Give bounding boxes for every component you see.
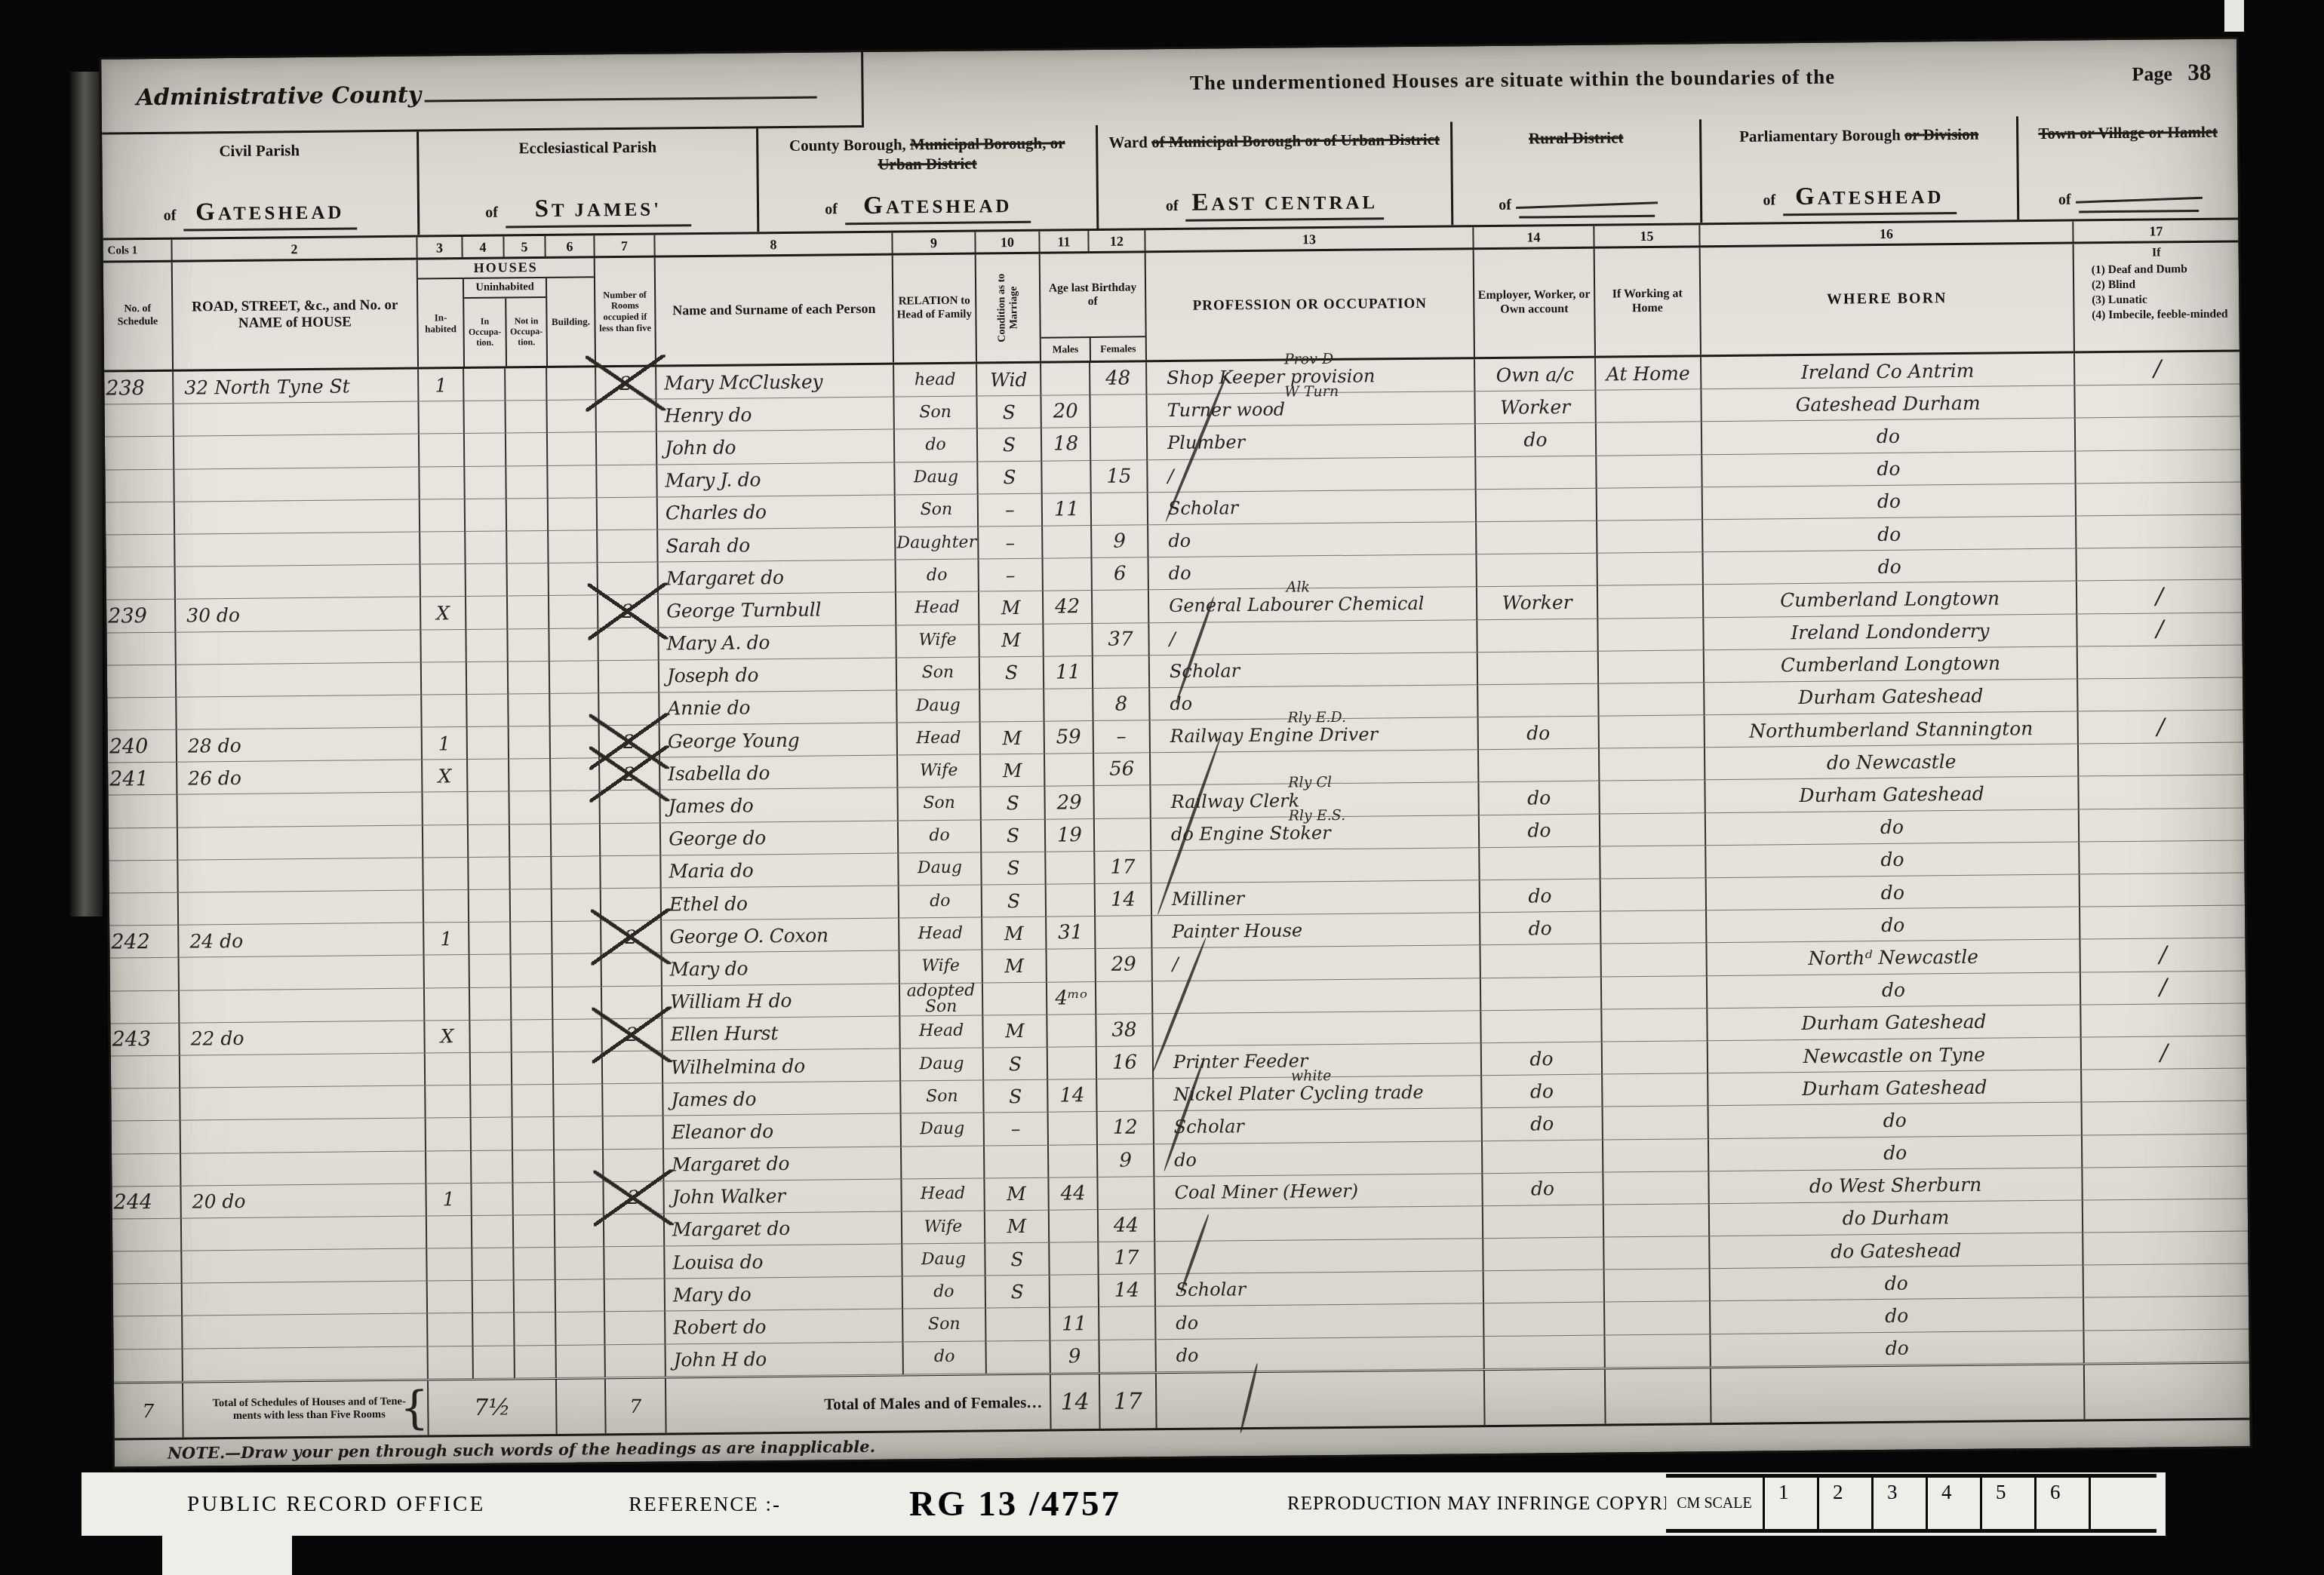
column-number: 4 <box>461 237 503 259</box>
cell-inhabited <box>421 792 466 825</box>
cell-building <box>555 1280 604 1313</box>
cell-occupation <box>1151 978 1480 1014</box>
cell-building <box>547 530 596 563</box>
cell-address <box>173 467 418 502</box>
cell-relation: adopted Son <box>899 983 982 1016</box>
infirmity-item: (1) Deaf and Dumb <box>2092 261 2228 278</box>
cell-age-male <box>1044 852 1093 885</box>
cell-age-female: 14 <box>1098 1275 1154 1308</box>
cell-condition: S <box>976 428 1041 462</box>
column-number: 6 <box>544 235 593 257</box>
header-rooms: Number of Rooms occupied if less than fi… <box>594 258 655 366</box>
cell-address <box>174 565 420 600</box>
cell-rooms <box>602 1149 662 1182</box>
cell-rooms <box>598 791 659 824</box>
occupation-annotation: Rly E.D. <box>1287 709 1346 726</box>
cell-uninhabited-not-in-occupation <box>507 694 549 727</box>
cell-uninhabited-not-in-occupation <box>506 628 548 662</box>
cell-relation: Wife <box>899 950 982 984</box>
header-females: Females <box>1090 337 1145 361</box>
cell-relation: Head <box>896 723 979 756</box>
cell-infirmity <box>2079 873 2245 907</box>
cell-address <box>175 695 420 729</box>
cell-employer <box>1482 1238 1603 1272</box>
cell-employer <box>1475 554 1596 588</box>
district-of-line: ofGateshead <box>759 189 1096 226</box>
column-number: 17 <box>2072 220 2238 242</box>
cell-working-at-home <box>1596 487 1701 521</box>
cell-working-at-home <box>1599 846 1705 880</box>
cell-working-at-home <box>1603 1269 1709 1303</box>
cell-uninhabited-not-in-occupation <box>509 889 551 923</box>
cell-uninhabited-in-occupation <box>464 531 506 564</box>
cell-employer: do <box>1477 717 1598 751</box>
cell-where-born: do <box>1709 1331 2083 1367</box>
cell-employer: do <box>1474 423 1595 457</box>
cell-uninhabited-not-in-occupation <box>508 726 549 760</box>
column-number: 15 <box>1593 225 1698 247</box>
census-form: Administrative County The undermentioned… <box>101 38 2250 1466</box>
cell-age-male <box>1047 1145 1096 1178</box>
cell-address <box>180 1249 426 1284</box>
cell-uninhabited-not-in-occupation <box>514 1346 555 1379</box>
cell-infirmity: / <box>2080 1036 2246 1070</box>
cell-uninhabited-not-in-occupation <box>513 1312 555 1346</box>
cell-uninhabited-in-occupation <box>464 499 506 532</box>
cell-working-at-home <box>1598 715 1704 749</box>
cell-uninhabited-not-in-occupation <box>512 1248 554 1281</box>
cell-building <box>555 1312 604 1346</box>
cell-relation: head <box>893 364 976 398</box>
district-of-line: ofEast Central <box>1099 185 1451 223</box>
cell-where-born: do <box>1709 1298 2083 1334</box>
cell-age-female: 9 <box>1096 1144 1153 1177</box>
cell-address <box>177 858 422 892</box>
cell-occupation <box>1151 1011 1480 1046</box>
cell-age-female: 29 <box>1094 949 1151 982</box>
cell-rooms: 2 <box>598 758 659 791</box>
cell-inhabited <box>420 695 466 728</box>
cm-scale-ruler: CM SCALE 123456 <box>1666 1474 2156 1533</box>
cell-uninhabited-not-in-occupation <box>508 759 549 792</box>
cell-uninhabited-in-occupation <box>472 1313 513 1346</box>
cell-address <box>173 402 418 437</box>
cell-person-name: Mary do <box>664 1277 902 1312</box>
cell-condition: M <box>978 624 1042 657</box>
cell-working-at-home <box>1603 1236 1708 1270</box>
cell-where-born: do <box>1705 842 2078 878</box>
cell-condition: Wid <box>976 364 1040 397</box>
cell-schedule-number <box>114 1349 182 1382</box>
cell-infirmity <box>2083 1329 2249 1363</box>
cell-person-name: Mary do <box>661 951 899 986</box>
cell-working-at-home <box>1598 781 1704 815</box>
cell-age-female: 44 <box>1097 1209 1154 1242</box>
cell-employer <box>1477 749 1598 783</box>
column-headers: No. of Schedule ROAD, STREET, &c., and N… <box>103 242 2239 372</box>
cell-person-name: Annie do <box>658 690 896 725</box>
cell-uninhabited-in-occupation <box>466 694 507 727</box>
cell-rooms <box>601 1051 662 1084</box>
note-text: NOTE.—Draw your pen through such words o… <box>168 1437 875 1463</box>
cell-infirmity <box>2083 1264 2249 1298</box>
cell-rooms <box>601 953 661 987</box>
district-box: Rural Districtof <box>1452 119 1702 225</box>
cell-age-male: 4ᵐᵒ <box>1046 982 1095 1015</box>
cell-uninhabited-in-occupation <box>469 1085 511 1119</box>
district-label: Civil Parish <box>112 140 406 162</box>
cell-age-male: 29 <box>1044 786 1093 819</box>
cell-condition: M <box>983 1177 1047 1211</box>
cell-relation: do <box>902 1341 985 1374</box>
cell-working-at-home <box>1597 683 1703 717</box>
cell-person-name: Margaret do <box>662 1147 900 1181</box>
cell-schedule-number: 242 <box>109 926 177 959</box>
public-record-office-label: PUBLIC RECORD OFFICE <box>187 1492 485 1517</box>
cell-occupation: Painter House <box>1151 913 1479 948</box>
cell-relation: Daug <box>896 689 979 723</box>
cell-inhabited: X <box>423 1021 469 1054</box>
cell-relation: do <box>895 560 978 593</box>
cell-uninhabited-not-in-occupation <box>510 987 552 1021</box>
cell-inhabited <box>426 1281 472 1314</box>
cell-age-male: 31 <box>1045 916 1094 950</box>
cell-age-female: – <box>1093 720 1149 754</box>
cell-employer <box>1480 977 1600 1011</box>
header-houses-title: HOUSES <box>418 258 594 279</box>
cell-employer <box>1482 1205 1603 1239</box>
cell-where-born: do <box>1705 907 2079 944</box>
cell-uninhabited-in-occupation <box>463 434 505 467</box>
column-number: 14 <box>1472 226 1593 249</box>
cell-uninhabited-in-occupation <box>463 369 504 402</box>
cell-employer <box>1477 684 1597 718</box>
cell-working-at-home <box>1603 1334 1709 1368</box>
cell-schedule-number <box>109 861 177 894</box>
cell-building <box>552 1084 601 1117</box>
cell-age-male <box>1044 754 1093 787</box>
infirmity-item: (4) Imbecile, feeble-minded <box>2092 307 2228 324</box>
cell-condition <box>985 1340 1049 1374</box>
cell-person-name: Mary J. do <box>656 462 893 497</box>
cell-where-born: do <box>1701 451 2074 487</box>
cell-relation: Head <box>899 1015 982 1048</box>
cell-inhabited <box>420 662 466 695</box>
reference-label: REFERENCE :- <box>629 1493 781 1516</box>
cell-address <box>178 956 423 990</box>
district-of-line: of <box>1453 190 1700 219</box>
cell-inhabited <box>426 1313 472 1346</box>
column-number: 10 <box>974 232 1038 253</box>
cell-uninhabited-in-occupation <box>469 955 510 988</box>
cell-age-female: 17 <box>1097 1242 1154 1275</box>
district-box: Ecclesiastical Parish ofSt James' <box>419 128 759 235</box>
cell-where-born: Ireland Co Antrim <box>1700 354 2073 390</box>
cell-uninhabited-in-occupation <box>470 1150 512 1184</box>
cell-uninhabited-not-in-occupation <box>509 824 550 858</box>
cell-schedule-number <box>113 1284 181 1317</box>
cell-rooms <box>599 855 659 889</box>
cell-infirmity <box>2074 417 2240 451</box>
cell-working-at-home <box>1599 813 1705 847</box>
district-of-line: of <box>2019 185 2238 213</box>
cell-uninhabited-in-occupation <box>468 889 509 923</box>
cm-scale-cell <box>2089 1478 2143 1529</box>
district-label: Rural District <box>1463 127 1689 149</box>
cell-address: 20 do <box>180 1184 425 1218</box>
cell-age-female <box>1094 916 1151 950</box>
cell-where-born: Durham Gateshead <box>1704 777 2077 813</box>
cell-rooms: 2 <box>598 726 659 759</box>
cell-relation: Daug <box>901 1244 984 1277</box>
cell-condition: S <box>982 1048 1047 1081</box>
cell-building <box>551 922 600 955</box>
cell-building <box>549 726 598 759</box>
cm-scale-cell: 1 <box>1763 1478 1817 1529</box>
cell-schedule-number <box>106 535 174 568</box>
district-box: Ward of Municipal Borough or of Urban Di… <box>1098 121 1453 229</box>
cell-age-male <box>1040 363 1089 396</box>
district-label: Parliamentary Borough or Division <box>1712 124 2006 146</box>
cell-address <box>173 434 418 469</box>
cell-person-name: William H do <box>661 984 899 1018</box>
cell-relation: Daughter <box>894 527 977 560</box>
cell-age-male: 42 <box>1042 591 1091 624</box>
cell-relation: do <box>902 1276 985 1309</box>
cell-uninhabited-in-occupation <box>469 1052 511 1085</box>
cell-working-at-home <box>1603 1204 1708 1238</box>
cell-age-male <box>1041 526 1090 559</box>
district-box: Town or Village or Hamletof <box>2018 114 2238 220</box>
cell-address: 30 do <box>174 597 420 632</box>
cell-address <box>178 988 423 1023</box>
district-label: Town or Village or Hamlet <box>2029 122 2227 144</box>
cell-occupation: Coal Miner (Hewer) <box>1153 1174 1481 1209</box>
cell-building <box>549 791 598 824</box>
cell-where-born: do Gateshead <box>1708 1233 2082 1270</box>
cell-age-female: 12 <box>1096 1112 1153 1145</box>
cell-employer: do <box>1481 1107 1602 1141</box>
cell-schedule-number <box>112 1219 180 1252</box>
cell-inhabited <box>426 1248 471 1282</box>
cell-person-name: Mary A. do <box>657 625 895 660</box>
cell-uninhabited-in-occupation <box>468 923 509 956</box>
cell-where-born: do <box>1701 419 2074 455</box>
cell-employer: do <box>1477 781 1598 815</box>
cell-age-female: 17 <box>1093 851 1150 884</box>
cell-inhabited <box>424 1053 469 1086</box>
cell-building <box>547 498 596 531</box>
cell-uninhabited-in-occupation <box>469 987 510 1021</box>
cell-infirmity <box>2077 677 2243 711</box>
cell-uninhabited-not-in-occupation <box>509 857 550 890</box>
cell-infirmity <box>2081 1101 2247 1135</box>
cm-scale-cell: 5 <box>1980 1478 2034 1529</box>
cell-relation: Daug <box>900 1113 983 1147</box>
header-relation: RELATION to Head of Family <box>892 255 976 363</box>
cell-working-at-home <box>1596 552 1701 586</box>
cell-relation: do <box>893 429 976 462</box>
cell-schedule-number <box>109 827 177 861</box>
cell-rooms <box>603 1247 663 1280</box>
cell-employer: do <box>1480 1075 1601 1109</box>
cell-condition <box>985 1308 1049 1341</box>
cell-age-male <box>1043 689 1092 722</box>
cell-age-male: 44 <box>1047 1177 1096 1211</box>
district-value: East Central <box>1185 186 1384 222</box>
cell-building <box>548 596 597 629</box>
cell-age-male <box>1048 1210 1097 1243</box>
cell-person-name: Maria do <box>659 853 897 888</box>
cell-employer <box>1477 651 1597 685</box>
cell-inhabited <box>423 890 468 923</box>
cell-inhabited <box>422 858 467 891</box>
cell-address <box>174 533 419 567</box>
cell-infirmity <box>2075 482 2241 516</box>
cell-schedule-number <box>106 632 174 665</box>
cell-where-born: Cumberland Longtown <box>1702 582 2076 618</box>
administrative-county-blank-line <box>424 87 816 103</box>
cell-inhabited <box>420 630 465 663</box>
cell-working-at-home <box>1597 618 1702 652</box>
cell-building <box>549 661 598 694</box>
cell-infirmity <box>2077 645 2243 679</box>
cell-person-name: John Walker <box>662 1179 900 1214</box>
district-box: County Borough, Municipal Borough, or Ur… <box>758 125 1099 232</box>
cell-rooms <box>596 530 656 563</box>
column-number: 11 <box>1038 231 1087 253</box>
cell-uninhabited-in-occupation <box>465 629 506 662</box>
district-value: Gateshead <box>845 189 1031 226</box>
cell-condition: S <box>980 819 1044 852</box>
cell-inhabited <box>423 955 469 988</box>
cell-age-male: 20 <box>1040 395 1089 428</box>
cell-address <box>177 825 422 860</box>
cell-uninhabited-not-in-occupation <box>508 791 549 824</box>
cell-address: 28 do <box>176 728 421 763</box>
header-infirmity-list: (1) Deaf and Dumb(2) Blind(3) Lunatic(4)… <box>2086 261 2228 323</box>
cell-infirmity <box>2074 450 2240 484</box>
header-uninhabited-group: Uninhabited In Occupa-tion. Not in Occup… <box>463 278 546 367</box>
cell-rooms: 2 <box>601 1018 661 1052</box>
cell-building <box>548 563 597 596</box>
cell-rooms <box>599 823 659 856</box>
header-uninhabited-title: Uninhabited <box>464 278 546 299</box>
cell-condition: M <box>984 1211 1048 1244</box>
cell-uninhabited-in-occupation <box>467 857 509 890</box>
cell-person-name: George O. Coxon <box>660 919 898 953</box>
cell-uninhabited-in-occupation <box>463 401 504 434</box>
cm-scale-cell: 3 <box>1871 1478 1926 1529</box>
column-number: Cols 1 <box>103 240 171 262</box>
district-of-line: ofGateshead <box>1702 180 2017 216</box>
cell-schedule-number <box>107 665 175 698</box>
cell-infirmity: / <box>2076 612 2242 646</box>
cell-infirmity: / <box>2073 352 2239 385</box>
cell-age-male <box>1048 1242 1097 1276</box>
cell-schedule-number <box>111 1056 179 1089</box>
cell-person-name: Sarah do <box>656 528 894 563</box>
cell-where-born: Northᵈ Newcastle <box>1705 940 2079 976</box>
cell-employer <box>1479 944 1600 978</box>
occupation-annotation: white <box>1291 1067 1332 1085</box>
cell-condition: S <box>976 396 1040 429</box>
cell-rooms <box>601 986 661 1019</box>
cell-uninhabited-in-occupation <box>472 1346 514 1379</box>
cell-age-female <box>1096 1177 1153 1210</box>
cell-working-at-home <box>1597 650 1703 684</box>
cell-schedule-number <box>105 469 173 502</box>
cell-where-born: do <box>1706 972 2080 1009</box>
cell-address <box>174 499 419 534</box>
cell-infirmity <box>2082 1231 2248 1265</box>
cm-scale-cell: 2 <box>1817 1478 1871 1529</box>
cell-occupation: do <box>1154 1304 1483 1340</box>
district-value <box>2078 186 2199 213</box>
cell-person-name: George Young <box>659 723 896 758</box>
cell-employer <box>1475 521 1596 555</box>
cell-building <box>548 628 597 662</box>
cell-schedule-number: 240 <box>108 730 176 763</box>
cell-working-at-home <box>1602 1107 1708 1141</box>
cell-where-born: Cumberland Longtown <box>1703 646 2077 683</box>
cell-age-male: 18 <box>1041 428 1090 461</box>
cell-condition: M <box>979 754 1044 787</box>
occupation-annotation: W Turn <box>1284 383 1339 401</box>
cell-infirmity <box>2081 1166 2247 1200</box>
header-age-title: Age last Birthday of <box>1041 253 1145 336</box>
cell-infirmity <box>2079 906 2245 940</box>
cell-working-at-home <box>1597 585 1702 619</box>
totals-houses-value: 7½ <box>427 1380 556 1435</box>
cell-address <box>179 1086 424 1121</box>
cell-age-male: 19 <box>1044 819 1093 852</box>
cell-inhabited <box>417 401 463 434</box>
cell-address <box>174 630 420 665</box>
cell-schedule-number <box>113 1316 181 1349</box>
cell-relation: Daug <box>899 1048 982 1081</box>
cell-inhabited <box>419 499 464 533</box>
cell-where-born: do <box>1701 484 2075 520</box>
cell-infirmity <box>2077 743 2243 777</box>
cell-schedule-number <box>108 795 176 828</box>
column-number: 16 <box>1698 222 2072 247</box>
cell-person-name: Robert do <box>664 1309 902 1344</box>
cell-age-female: 14 <box>1094 883 1151 916</box>
cell-condition <box>982 982 1046 1015</box>
cell-rooms: 2 <box>595 367 655 401</box>
cell-relation: Son <box>896 657 979 690</box>
cell-uninhabited-not-in-occupation <box>506 563 548 597</box>
cell-where-born: Durham Gateshead <box>1706 1005 2080 1041</box>
cell-condition: M <box>982 1015 1046 1048</box>
cell-condition: M <box>982 950 1046 983</box>
cell-uninhabited-not-in-occupation <box>505 433 546 466</box>
cell-occupation: Scholar <box>1147 490 1475 525</box>
cell-relation: Son <box>894 494 977 527</box>
cell-uninhabited-in-occupation <box>466 727 508 760</box>
cell-uninhabited-not-in-occupation <box>512 1150 553 1183</box>
cell-age-male <box>1042 558 1091 591</box>
header-males: Males <box>1041 338 1090 361</box>
cell-address <box>180 1119 425 1153</box>
cell-employer <box>1483 1270 1603 1304</box>
cell-age-male: 9 <box>1049 1340 1098 1374</box>
cell-where-born: Durham Gateshead <box>1703 679 2077 715</box>
cell-relation: Son <box>896 787 979 821</box>
cell-occupation <box>1154 1239 1482 1274</box>
cell-inhabited <box>424 1085 469 1119</box>
